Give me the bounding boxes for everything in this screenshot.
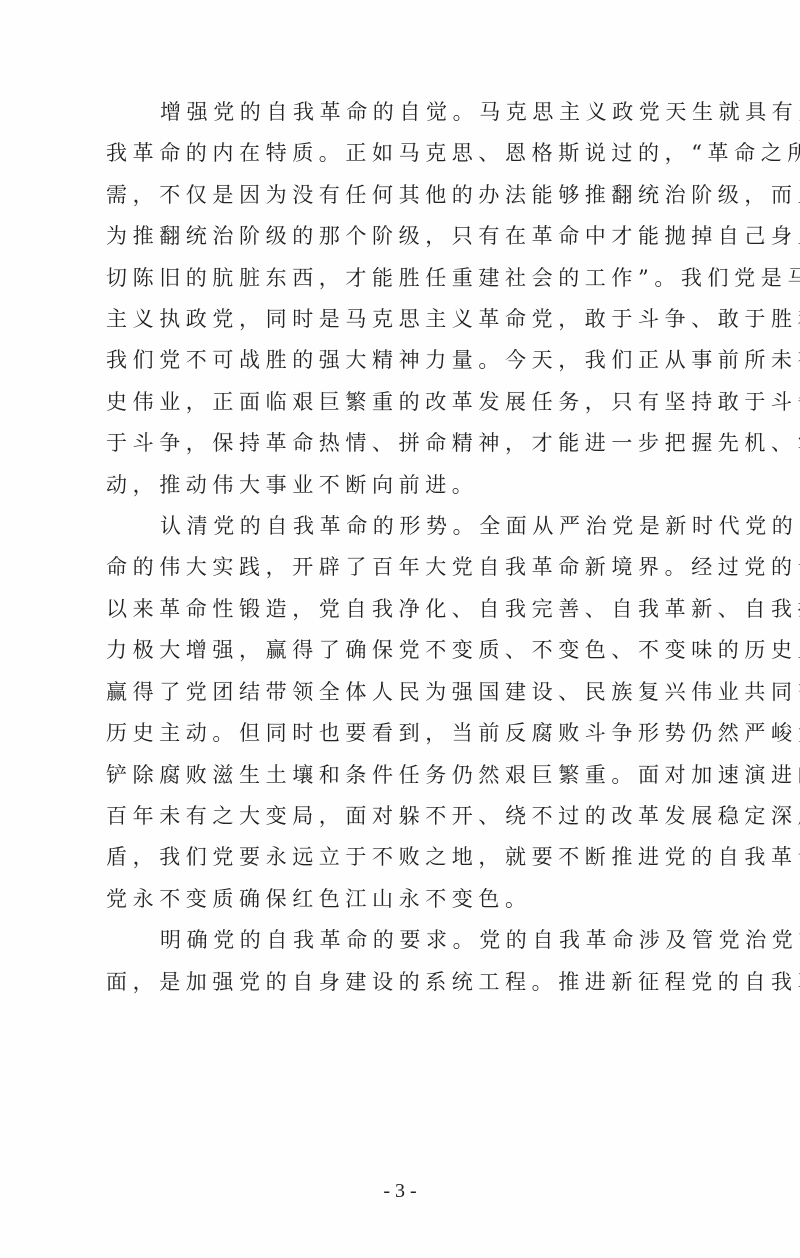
text-line: 铲除腐败滋生土壤和条件任务仍然艰巨繁重。面对加速演进的世界	[106, 755, 698, 796]
text-line: 主义执政党，同时是马克思主义革命党，敢于斗争、敢于胜利，是	[106, 299, 698, 340]
text-line: 命的伟大实践，开辟了百年大党自我革命新境界。经过党的十八大	[106, 547, 698, 588]
text-line: 明确党的自我革命的要求。党的自我革命涉及管党治党方方面	[106, 920, 698, 961]
text-line: 于斗争，保持革命热情、拼命精神，才能进一步把握先机、掌握主	[106, 423, 698, 464]
page-number: - 3 -	[0, 1180, 800, 1203]
text-line: 增强党的自我革命的自觉。马克思主义政党天生就具有勇于自	[106, 92, 698, 133]
text-line: 我们党不可战胜的强大精神力量。今天，我们正从事前所未有的历	[106, 340, 698, 381]
text-line: 我革命的内在特质。正如马克思、恩格斯说过的，“革命之所以必	[106, 133, 698, 174]
text-line: 史伟业，正面临艰巨繁重的改革发展任务，只有坚持敢于斗争、善	[106, 382, 698, 423]
text-line: 历史主动。但同时也要看到，当前反腐败斗争形势仍然严峻复杂，	[106, 713, 698, 754]
paragraph-clarify-requirements: 明确党的自我革命的要求。党的自我革命涉及管党治党方方面 面，是加强党的自身建设的…	[106, 920, 698, 1003]
text-line: 面，是加强党的自身建设的系统工程。推进新征程党的自我革命，	[106, 962, 698, 1003]
text-line: 赢得了党团结带领全体人民为强国建设、民族复兴伟业共同奋斗的	[106, 672, 698, 713]
text-line: 动，推动伟大事业不断向前进。	[106, 465, 698, 506]
text-line: 切陈旧的肮脏东西，才能胜任重建社会的工作”。我们党是马克思	[106, 258, 698, 299]
text-line: 党永不变质确保红色江山永不变色。	[106, 879, 698, 920]
text-line: 以来革命性锻造，党自我净化、自我完善、自我革新、自我提高能	[106, 589, 698, 630]
text-line: 力极大增强，赢得了确保党不变质、不变色、不变味的历史主动，	[106, 630, 698, 671]
body-text: 增强党的自我革命的自觉。马克思主义政党天生就具有勇于自 我革命的内在特质。正如马…	[106, 92, 698, 1003]
document-page: 增强党的自我革命的自觉。马克思主义政党天生就具有勇于自 我革命的内在特质。正如马…	[0, 0, 800, 1258]
text-line: 为推翻统治阶级的那个阶级，只有在革命中才能抛掉自己身上的一	[106, 216, 698, 257]
text-line: 认清党的自我革命的形势。全面从严治党是新时代党的自我革	[106, 506, 698, 547]
text-line: 需，不仅是因为没有任何其他的办法能够推翻统治阶级，而且还因	[106, 175, 698, 216]
paragraph-recognize-situation: 认清党的自我革命的形势。全面从严治党是新时代党的自我革 命的伟大实践，开辟了百年…	[106, 506, 698, 920]
paragraph-strengthen-awareness: 增强党的自我革命的自觉。马克思主义政党天生就具有勇于自 我革命的内在特质。正如马…	[106, 92, 698, 506]
text-line: 盾，我们党要永远立于不败之地，就要不断推进党的自我革命，以	[106, 837, 698, 878]
text-line: 百年未有之大变局，面对躲不开、绕不过的改革发展稳定深层次矛	[106, 796, 698, 837]
